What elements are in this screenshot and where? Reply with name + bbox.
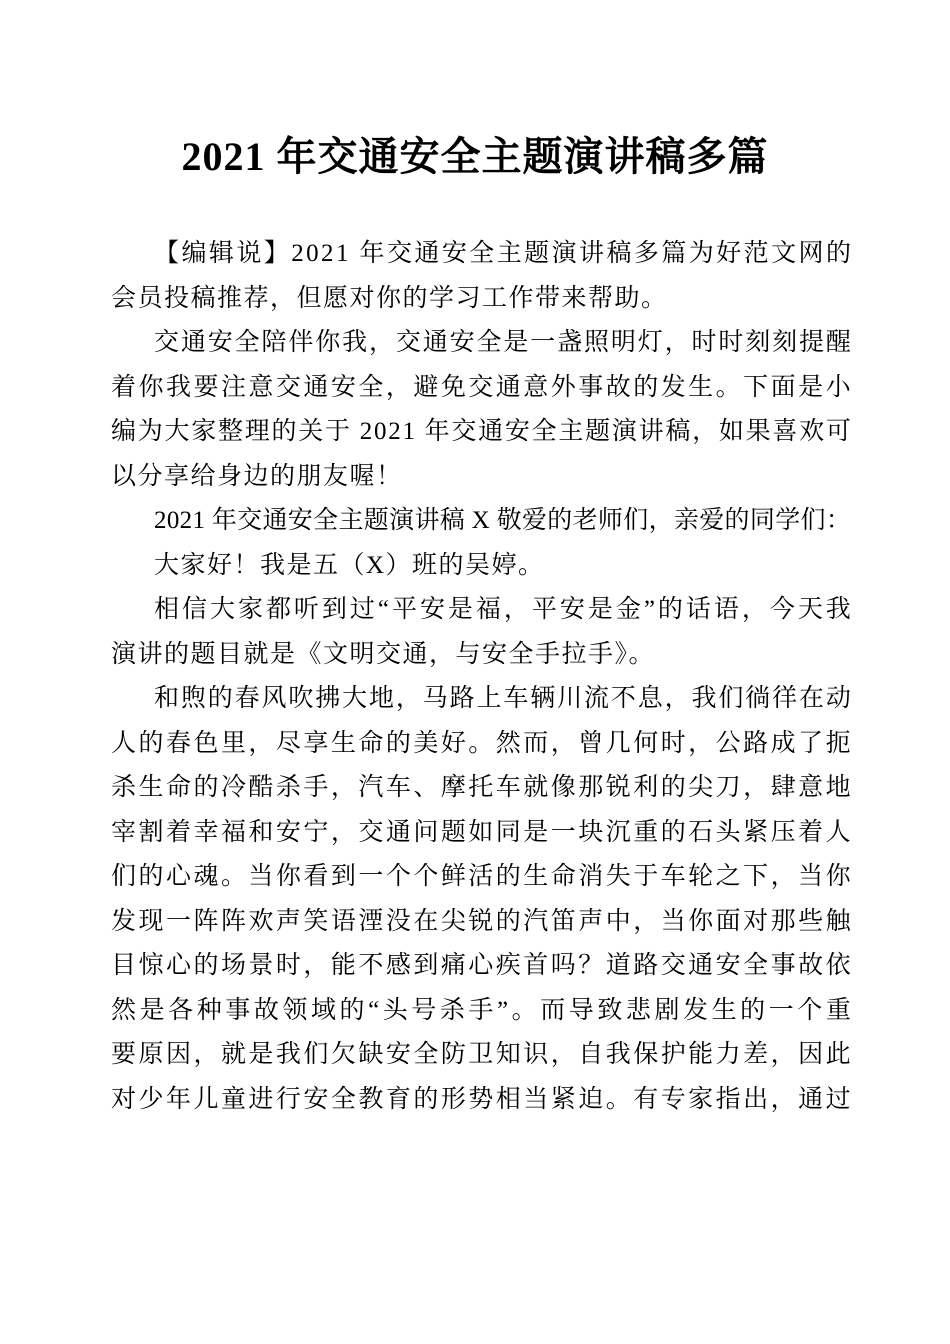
document-title: 2021 年交通安全主题演讲稿多篇	[0, 133, 950, 181]
text-line: 人的春色里，尽享生命的美好。然而，曾几何时，公路成了扼	[111, 722, 851, 767]
text-line: 【编辑说】2021 年交通安全主题演讲稿多篇为好范文网的	[111, 232, 851, 277]
text-line: 会员投稿推荐，但愿对你的学习工作带来帮助。	[111, 277, 851, 322]
text-line: 编为大家整理的关于 2021 年交通安全主题演讲稿，如果喜欢可	[111, 410, 851, 455]
text-line: 演讲的题目就是《文明交通，与安全手拉手》。	[111, 633, 851, 678]
text-line: 着你我要注意交通安全，避免交通意外事故的发生。下面是小	[111, 366, 851, 411]
document-body: 【编辑说】2021 年交通安全主题演讲稿多篇为好范文网的会员投稿推荐，但愿对你的…	[111, 232, 851, 1122]
text-line: 们的心魂。当你看到一个个鲜活的生命消失于车轮之下，当你	[111, 855, 851, 900]
text-line: 然是各种事故领域的“头号杀手”。而导致悲剧发生的一个重	[111, 989, 851, 1034]
text-line: 对少年儿童进行安全教育的形势相当紧迫。有专家指出，通过	[111, 1078, 851, 1123]
text-line: 发现一阵阵欢声笑语湮没在尖锐的汽笛声中，当你面对那些触	[111, 900, 851, 945]
text-line: 以分享给身边的朋友喔！	[111, 455, 851, 500]
text-line: 和煦的春风吹拂大地，马路上车辆川流不息，我们徜徉在动	[111, 677, 851, 722]
text-line: 大家好！我是五（X）班的吴婷。	[111, 544, 851, 589]
text-line: 宰割着幸福和安宁，交通问题如同是一块沉重的石头紧压着人	[111, 811, 851, 856]
text-line: 要原因，就是我们欠缺安全防卫知识，自我保护能力差，因此	[111, 1033, 851, 1078]
document-page: 2021 年交通安全主题演讲稿多篇 【编辑说】2021 年交通安全主题演讲稿多篇…	[0, 0, 950, 1344]
text-line: 目惊心的场景时，能不感到痛心疾首吗？道路交通安全事故依	[111, 944, 851, 989]
text-line: 杀生命的冷酷杀手，汽车、摩托车就像那锐利的尖刀，肆意地	[111, 766, 851, 811]
text-line: 交通安全陪伴你我，交通安全是一盏照明灯，时时刻刻提醒	[111, 321, 851, 366]
text-line: 相信大家都听到过“平安是福，平安是金”的话语，今天我	[111, 588, 851, 633]
text-line: 2021 年交通安全主题演讲稿 X 敬爱的老师们，亲爱的同学们：	[111, 499, 851, 544]
